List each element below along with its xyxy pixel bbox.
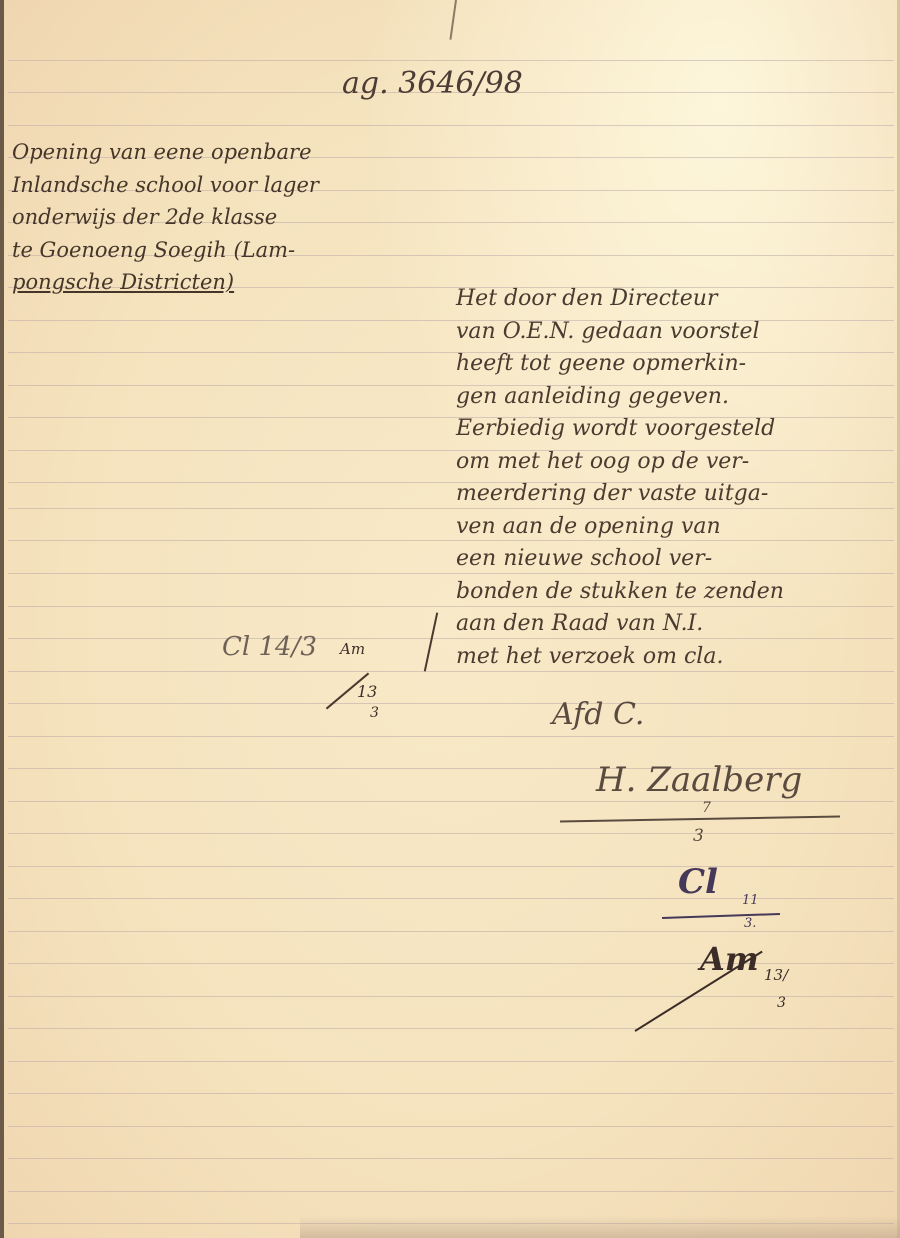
body-line: Eerbiedig wordt voorgesteld bbox=[456, 413, 784, 446]
body-text: Het door den Directeur van O.E.N. gedaan… bbox=[456, 283, 784, 673]
ruled-line bbox=[8, 125, 894, 126]
body-line: heeft tot geene opmerkin- bbox=[456, 348, 784, 381]
ruled-line bbox=[8, 1126, 894, 1127]
annotation-date-bottom: 3. bbox=[744, 916, 756, 931]
ruled-line bbox=[8, 736, 894, 737]
subject-line: te Goenoeng Soegih (Lam- bbox=[12, 234, 319, 267]
ruled-line bbox=[8, 833, 894, 834]
subject-line: Inlandsche school voor lager bbox=[12, 169, 319, 202]
annotation-initials: Cl bbox=[678, 862, 718, 902]
body-line: een nieuwe school ver- bbox=[456, 543, 784, 576]
signature-date-top: 7 bbox=[702, 800, 711, 816]
margin-paraph-date-bottom: 3 bbox=[370, 705, 379, 721]
signature: H. Zaalberg bbox=[596, 760, 802, 800]
document-page: ag. 3646/98 Opening van eene openbare In… bbox=[0, 0, 900, 1238]
body-line: meerdering der vaste uitga- bbox=[456, 478, 784, 511]
ruled-line bbox=[8, 1158, 894, 1159]
annotation-date-top: 11 bbox=[742, 893, 759, 908]
ruled-line bbox=[8, 963, 894, 964]
ruled-line bbox=[8, 898, 894, 899]
ruled-line bbox=[8, 1093, 894, 1094]
ruled-line bbox=[8, 1061, 894, 1062]
page-left-edge bbox=[0, 0, 4, 1238]
ruled-line bbox=[8, 703, 894, 704]
subject-line: pongsche Districten) bbox=[12, 266, 319, 299]
body-line: met het verzoek om cla. bbox=[456, 641, 784, 674]
annotation-underline bbox=[662, 913, 780, 919]
margin-paraph-date-top: 13 bbox=[357, 682, 377, 701]
ruled-line bbox=[8, 1223, 894, 1224]
body-line: gen aanleiding gegeven. bbox=[456, 381, 784, 414]
ruled-line bbox=[8, 1028, 894, 1029]
body-line: Het door den Directeur bbox=[456, 283, 784, 316]
ruled-line bbox=[8, 801, 894, 802]
annotation-paraph-date-bottom: 3 bbox=[777, 995, 786, 1011]
reference-number: ag. 3646/98 bbox=[342, 66, 523, 101]
body-line: aan den Raad van N.I. bbox=[456, 608, 784, 641]
ruled-line bbox=[8, 866, 894, 867]
subject-heading: Opening van eene openbare Inlandsche sch… bbox=[12, 136, 319, 299]
body-line: bonden de stukken te zenden bbox=[456, 576, 784, 609]
department-label: Afd C. bbox=[552, 697, 644, 732]
subject-line: Opening van eene openbare bbox=[12, 136, 319, 169]
page-bottom-shadow bbox=[300, 1216, 900, 1238]
ruled-line bbox=[8, 996, 894, 997]
annotation-paraph-date-top: 13/ bbox=[764, 966, 788, 984]
signature-underline bbox=[560, 816, 840, 823]
subject-line: onderwijs der 2de klasse bbox=[12, 201, 319, 234]
fold-mark bbox=[449, 0, 457, 40]
body-line: van O.E.N. gedaan voorstel bbox=[456, 316, 784, 349]
body-line: ven aan de opening van bbox=[456, 511, 784, 544]
body-line: om met het oog op de ver- bbox=[456, 446, 784, 479]
ruled-line bbox=[8, 1191, 894, 1192]
ruled-line bbox=[8, 60, 894, 61]
signature-date-bottom: 3 bbox=[693, 826, 704, 846]
margin-paraph: Am bbox=[340, 640, 365, 658]
margin-bracket bbox=[424, 612, 438, 671]
ruled-line bbox=[8, 931, 894, 932]
margin-initials-date: Cl 14/3 bbox=[222, 632, 317, 662]
